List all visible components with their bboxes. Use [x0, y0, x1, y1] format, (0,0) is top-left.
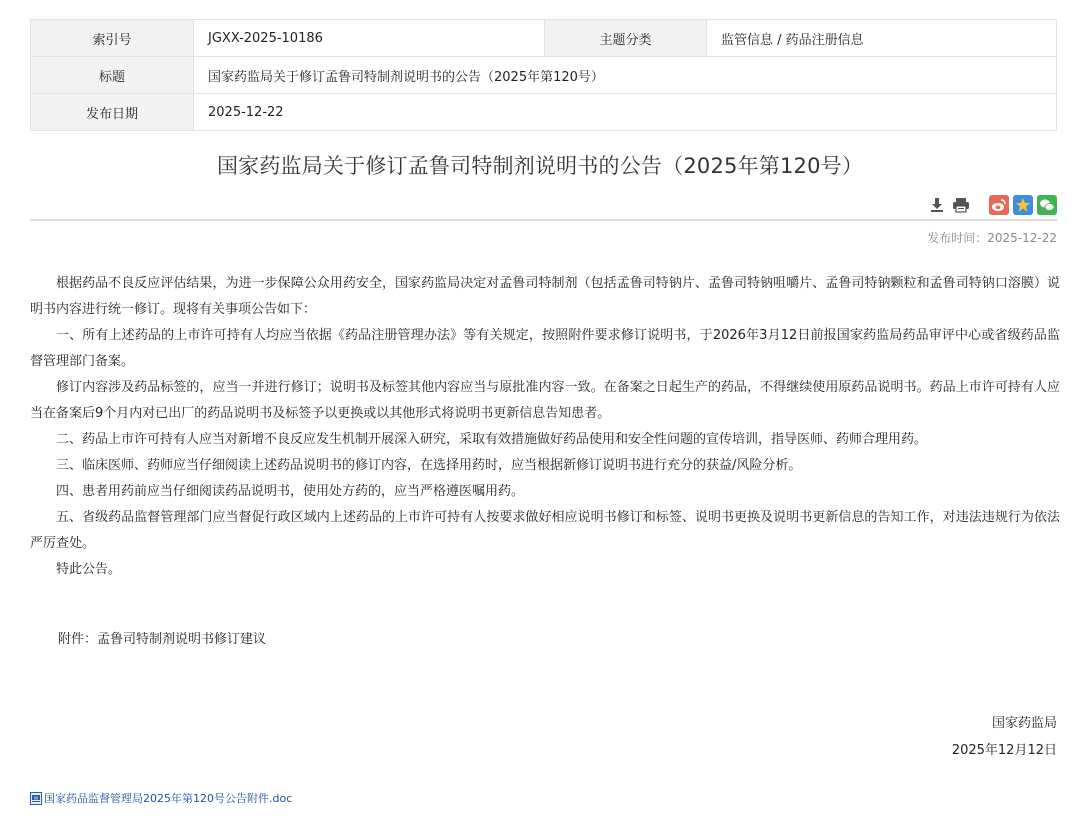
attachment-note: 附件：孟鲁司特制剂说明书修订建议: [58, 628, 266, 647]
category-value: 监管信息 / 药品注册信息: [707, 20, 1057, 57]
qzone-share-icon[interactable]: [1013, 195, 1033, 215]
index-label: 索引号: [31, 20, 194, 57]
paragraph-item-5: 五、省级药品监督管理部门应当督促行政区域内上述药品的上市许可持有人按要求做好相应…: [30, 505, 1060, 557]
paragraph-item-1-cont: 修订内容涉及药品标签的，应当一并进行修订；说明书及标签其他内容应当与原批准内容一…: [30, 375, 1060, 427]
paragraph-item-3: 三、临床医师、药师应当仔细阅读上述药品说明书的修订内容，在选择用药时，应当根据新…: [30, 453, 1060, 479]
paragraph-intro: 根据药品不良反应评估结果，为进一步保障公众用药安全，国家药监局决定对孟鲁司特制剂…: [30, 271, 1060, 323]
index-value: JGXX-2025-10186: [194, 20, 545, 57]
date-value: 2025-12-22: [194, 94, 1057, 131]
paragraph-closing: 特此公告。: [30, 557, 1060, 583]
article-title: 国家药监局关于修订孟鲁司特制剂说明书的公告（2025年第120号）: [0, 150, 1080, 180]
word-doc-icon: W: [30, 792, 42, 805]
article-body: 根据药品不良反应评估结果，为进一步保障公众用药安全，国家药监局决定对孟鲁司特制剂…: [30, 271, 1060, 583]
paragraph-item-2: 二、药品上市许可持有人应当对新增不良反应发生机制开展深入研究，采取有效措施做好药…: [30, 427, 1060, 453]
meta-row-date: 发布日期 2025-12-22: [31, 94, 1057, 131]
title-label: 标题: [31, 57, 194, 94]
publish-time: 发布时间：2025-12-22: [927, 229, 1057, 246]
category-label: 主题分类: [545, 20, 707, 57]
attachment-file-link[interactable]: W 国家药品监督管理局2025年第120号公告附件.doc: [30, 790, 292, 806]
meta-row-title: 标题 国家药监局关于修订孟鲁司特制剂说明书的公告（2025年第120号）: [31, 57, 1057, 94]
article-toolbar: [927, 195, 1057, 215]
wechat-share-icon[interactable]: [1037, 195, 1057, 215]
weibo-share-icon[interactable]: [989, 195, 1009, 215]
attachment-file-name[interactable]: 国家药品监督管理局2025年第120号公告附件.doc: [44, 790, 292, 806]
meta-info-table: 索引号 JGXX-2025-10186 主题分类 监管信息 / 药品注册信息 标…: [30, 19, 1057, 131]
download-icon[interactable]: [927, 195, 947, 215]
signature-date: 2025年12月12日: [952, 737, 1057, 764]
date-label: 发布日期: [31, 94, 194, 131]
title-value: 国家药监局关于修订孟鲁司特制剂说明书的公告（2025年第120号）: [194, 57, 1057, 94]
meta-row-index: 索引号 JGXX-2025-10186 主题分类 监管信息 / 药品注册信息: [31, 20, 1057, 57]
print-icon[interactable]: [951, 195, 971, 215]
signature-org: 国家药监局: [952, 710, 1057, 737]
paragraph-item-1: 一、所有上述药品的上市许可持有人均应当依据《药品注册管理办法》等有关规定，按照附…: [30, 323, 1060, 375]
paragraph-item-4: 四、患者用药前应当仔细阅读药品说明书，使用处方药的，应当严格遵医嘱用药。: [30, 479, 1060, 505]
signature-block: 国家药监局 2025年12月12日: [952, 710, 1057, 764]
title-divider: [30, 219, 1057, 221]
